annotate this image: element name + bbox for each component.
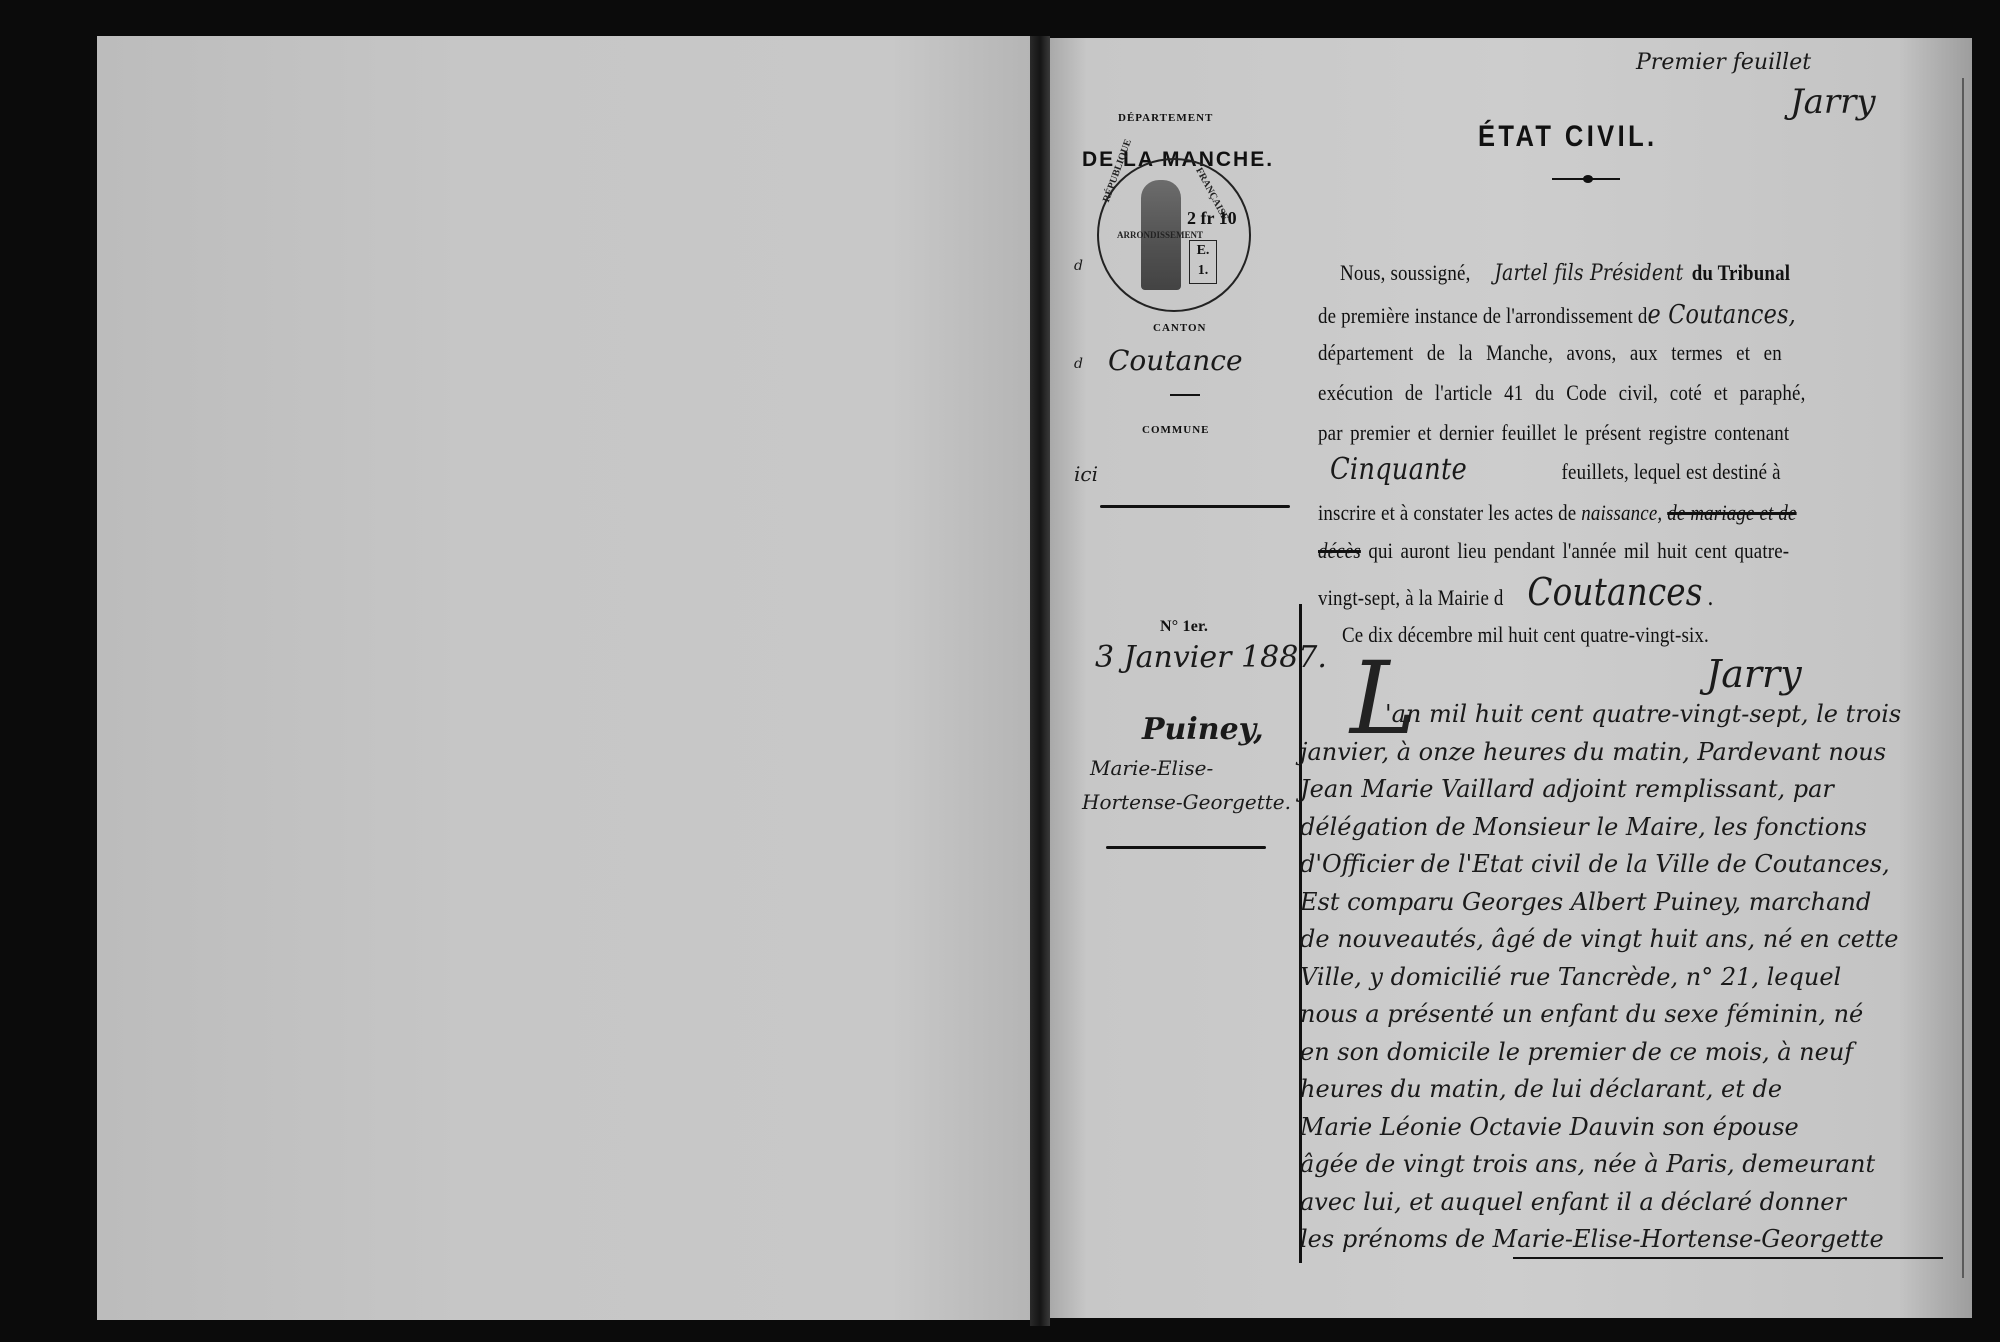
entry-margin-underline xyxy=(1106,846,1266,849)
cert-text: qui auront lieu pendant l'année mil huit… xyxy=(1368,538,1789,563)
canton-label: CANTON xyxy=(1153,322,1206,334)
entry-body-line: les prénoms de Marie-Elise-Hortense-Geor… xyxy=(1300,1225,1884,1253)
entry-surname: Puiney, xyxy=(1142,712,1264,747)
cert-line-3: département de la Manche, avons, aux ter… xyxy=(1318,340,1782,366)
entry-body-line: janvier, à onze heures du matin, Pardeva… xyxy=(1300,738,1886,766)
entry-date: 3 Janvier 1887. xyxy=(1095,640,1327,675)
page-title: ÉTAT CIVIL. xyxy=(1478,120,1658,154)
entry-given-names-2: Hortense-Georgette. xyxy=(1082,790,1291,814)
sidebar-divider xyxy=(1170,394,1200,396)
cert-line-acts: inscrire et à constater les actes de nai… xyxy=(1318,500,1797,526)
commune-underline xyxy=(1100,505,1290,508)
commune-value: ici xyxy=(1074,462,1098,486)
entry-body-line: délégation de Monsieur le Maire, les fon… xyxy=(1300,813,1867,841)
book-spine xyxy=(1030,36,1050,1326)
cert-deces-struck: décès xyxy=(1318,538,1361,563)
cert-text: vingt-sept, à la Mairie d xyxy=(1318,585,1504,610)
given-names-underline xyxy=(1513,1257,1943,1259)
cert-line-2: de première instance de l'arrondissement… xyxy=(1318,300,1796,330)
entry-body-line: 'an mil huit cent quatre-vingt-sept, le … xyxy=(1385,700,1901,728)
cert-text: feuillets, lequel est destiné à xyxy=(1562,459,1781,484)
cert-handwritten-count: Cinquante xyxy=(1330,452,1467,487)
entry-given-names-1: Marie-Elise- xyxy=(1090,756,1213,780)
cert-line-mairie: vingt-sept, à la Mairie d Coutances . xyxy=(1318,570,1713,614)
entry-body-line: heures du matin, de lui déclarant, et de xyxy=(1300,1075,1782,1103)
stamp-value: 2 fr 10 xyxy=(1187,208,1237,229)
page-edge xyxy=(1962,78,1964,1278)
entry-body-line: âgée de vingt trois ans, née à Paris, de… xyxy=(1300,1150,1875,1178)
stamp-overprint: ARRONDISSEMENT xyxy=(1117,230,1203,240)
cert-line-1: Nous, soussigné, Jartel fils Président d… xyxy=(1340,260,1790,286)
entry-body-line: d'Officier de l'Etat civil de la Ville d… xyxy=(1300,850,1890,878)
entry-body-line: Jean Marie Vaillard adjoint remplissant,… xyxy=(1300,775,1834,803)
canton-value: Coutance xyxy=(1108,344,1243,377)
sidebar-d-label-1: d xyxy=(1074,258,1083,274)
entry-body-line: Est comparu Georges Albert Puiney, march… xyxy=(1300,888,1871,916)
left-page-blank xyxy=(97,36,1030,1320)
entry-body-line: de nouveautés, âgé de vingt huit ans, né… xyxy=(1300,925,1898,953)
entry-body-line: en son domicile le premier de ce mois, à… xyxy=(1300,1038,1853,1066)
stamp-box: E. 1. xyxy=(1189,240,1217,284)
cert-text: de première instance de l'arrondissement… xyxy=(1318,303,1648,328)
tax-stamp: RÉPUBLIQUE FRANÇAISE 2 fr 10 ARRONDISSEM… xyxy=(1097,158,1251,312)
entry-body-line: Marie Léonie Octavie Dauvin son épouse xyxy=(1300,1113,1799,1141)
entry-body-line: Ville, y domicilié rue Tancrède, n° 21, … xyxy=(1300,963,1841,991)
cert-text: Nous, soussigné, xyxy=(1340,260,1470,285)
cert-handwritten-mairie: Coutances xyxy=(1527,570,1702,614)
cert-line-6: Cinquantefeuillets, lequel est destiné à xyxy=(1330,452,1781,487)
cert-acts-naissance: naissance, xyxy=(1581,500,1662,525)
cert-text: inscrire et à constater les actes de xyxy=(1318,500,1576,525)
annotation-premier-feuillet: Premier feuillet xyxy=(1636,50,1811,75)
cert-line-deces: décès qui auront lieu pendant l'année mi… xyxy=(1318,538,1789,564)
cert-acts-struck: de mariage et de xyxy=(1667,500,1796,525)
entry-body-line: nous a présenté un enfant du sexe fémini… xyxy=(1300,1000,1863,1028)
stamp-number: 1. xyxy=(1190,261,1216,281)
cert-line-5: par premier et dernier feuillet le prése… xyxy=(1318,420,1789,446)
entry-number: N° 1er. xyxy=(1160,618,1208,636)
cert-signature: Jarry xyxy=(1706,652,1802,696)
cert-handwritten-president: Jartel fils Président xyxy=(1494,261,1683,286)
cert-text: . xyxy=(1708,582,1714,611)
cert-text: du Tribunal xyxy=(1692,260,1790,285)
sidebar-d-label-2: d xyxy=(1074,356,1083,372)
departement-label: DÉPARTEMENT xyxy=(1118,112,1213,124)
annotation-signature: Jarry xyxy=(1790,82,1876,122)
cert-line-4: exécution de l'article 41 du Code civil,… xyxy=(1318,380,1806,406)
cert-handwritten-arrondissement: e Coutances, xyxy=(1648,300,1796,330)
entry-body-line: avec lui, et auquel enfant il a déclaré … xyxy=(1300,1188,1846,1216)
commune-label: COMMUNE xyxy=(1142,424,1210,436)
stamp-series: E. xyxy=(1190,241,1216,261)
title-ornament xyxy=(1552,178,1620,180)
